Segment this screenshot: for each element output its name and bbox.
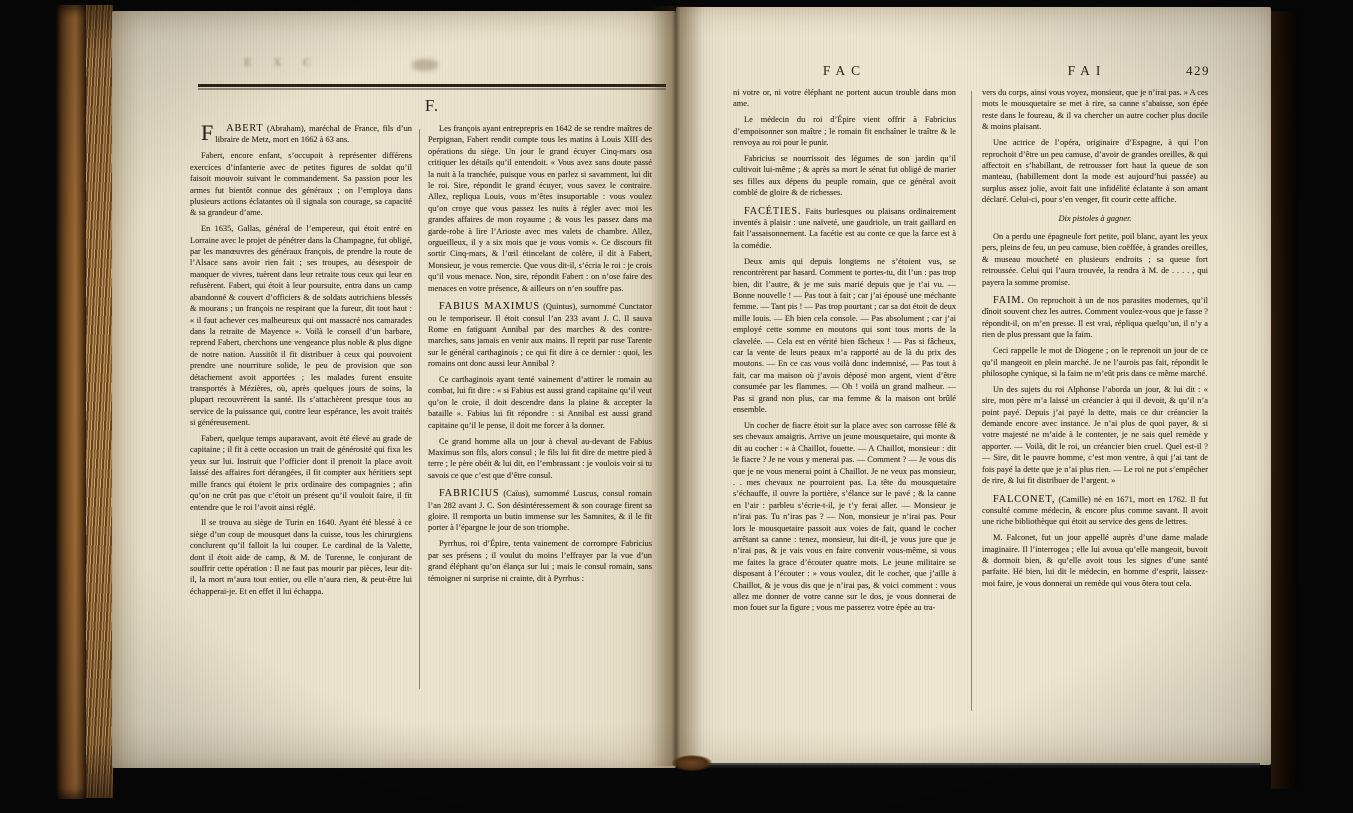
paragraph: Fabert, encore enfant, s’occupoit à repr… xyxy=(190,150,412,218)
paragraph: FAIM. On reprochoit à un de nos parasite… xyxy=(982,295,1208,341)
paragraph: Fabert, quelque temps auparavant, avoit … xyxy=(190,433,412,513)
paragraph: En 1635, Gallas, général de l’empereur, … xyxy=(190,223,412,428)
paragraph: Ce grand homme alla un jour à cheval au-… xyxy=(428,436,652,482)
drop-cap: F xyxy=(190,123,215,141)
paragraph: FABERT (Abraham), maréchal de France, fi… xyxy=(190,123,412,146)
paragraph: FABRICIUS (Caïus), surnommé Luscus, cons… xyxy=(428,488,652,534)
left-page-column-2: Les françois ayant entreprepris en 1642 … xyxy=(428,123,652,705)
paragraph: FALCONET, (Camille) né en 1671, mort en … xyxy=(982,494,1208,528)
paragraph: On a perdu une épagneule fort petite, po… xyxy=(982,231,1208,288)
entry-headword: FABRICIUS xyxy=(439,488,500,499)
gutter-foot-shadow xyxy=(672,755,712,771)
paragraph: Il se trouva au siège de Turin en 1640. … xyxy=(190,517,412,597)
entry-headword: ABERT xyxy=(226,123,263,134)
fanned-page-edges xyxy=(86,5,113,798)
paragraph: Fabricius se nourrissoit des légumes de … xyxy=(733,153,956,199)
paragraph: Le médecin du roi d’Épire vient offrir à… xyxy=(733,114,956,148)
paragraph: Pyrrhus, roi d’Épire, tenta vainement de… xyxy=(428,538,652,584)
left-page: E X C F. FABERT (Abraham), maréchal de F… xyxy=(112,11,676,768)
paragraph: Les françois ayant entreprepris en 1642 … xyxy=(428,123,652,294)
book-right-cover-board xyxy=(1271,11,1298,789)
paragraph: Une actrice de l’opéra, originaire d’Esp… xyxy=(982,137,1208,205)
section-letter: F. xyxy=(198,96,666,116)
paragraph: Ceci rappelle le mot de Diogene ; on le … xyxy=(982,345,1208,379)
section-head-rule xyxy=(198,84,666,91)
entry-headword: FABIUS MAXIMUS xyxy=(439,301,540,312)
paragraph: vers du corps, ainsi vous voyez, monsieu… xyxy=(982,87,1208,133)
column-divider xyxy=(419,129,420,689)
photo-background: { "book": { "left_page": { "ghost_header… xyxy=(0,0,1353,813)
paragraph: Deux amis qui depuis longtems ne s’étoie… xyxy=(733,256,956,416)
column-divider xyxy=(971,91,972,711)
right-page: FAC FAI 429 ni votre or, ni votre élépha… xyxy=(676,7,1271,765)
bleed-through-page-number xyxy=(412,59,438,71)
bleed-through-header: E X C xyxy=(244,55,474,70)
entry-headword: FACÉTIES. xyxy=(744,206,801,217)
page-block-bottom-edge xyxy=(700,763,1260,768)
paragraph: ni votre or, ni votre éléphant ne porten… xyxy=(733,87,956,110)
paragraph: Un des sujets du roi Alphonse l’aborda u… xyxy=(982,384,1208,487)
running-header-left: FAC xyxy=(733,63,956,79)
entry-headword: FAIM. xyxy=(993,295,1025,306)
paragraph: FACÉTIES. Faits burlesques ou plaisans o… xyxy=(733,206,956,252)
paragraph: Un cocher de fiacre étoit sur la place a… xyxy=(733,420,956,614)
paragraph: Ce carthaginois ayant tenté vainement d’… xyxy=(428,374,652,431)
page-number: 429 xyxy=(1150,63,1210,79)
paragraph: Dix pistoles à gagner. xyxy=(982,213,1208,224)
paragraph: M. Falconet, fut un jour appellé auprès … xyxy=(982,532,1208,589)
right-page-column-1: ni votre or, ni votre éléphant ne porten… xyxy=(733,87,956,703)
paragraph: FABIUS MAXIMUS (Quintus), surnommé Cunct… xyxy=(428,301,652,369)
entry-headword: FALCONET, xyxy=(993,494,1055,505)
right-page-column-2: vers du corps, ainsi vous voyez, monsieu… xyxy=(982,87,1208,709)
book-left-cover-board xyxy=(56,5,87,799)
left-page-column-1: FABERT (Abraham), maréchal de France, fi… xyxy=(190,123,412,705)
